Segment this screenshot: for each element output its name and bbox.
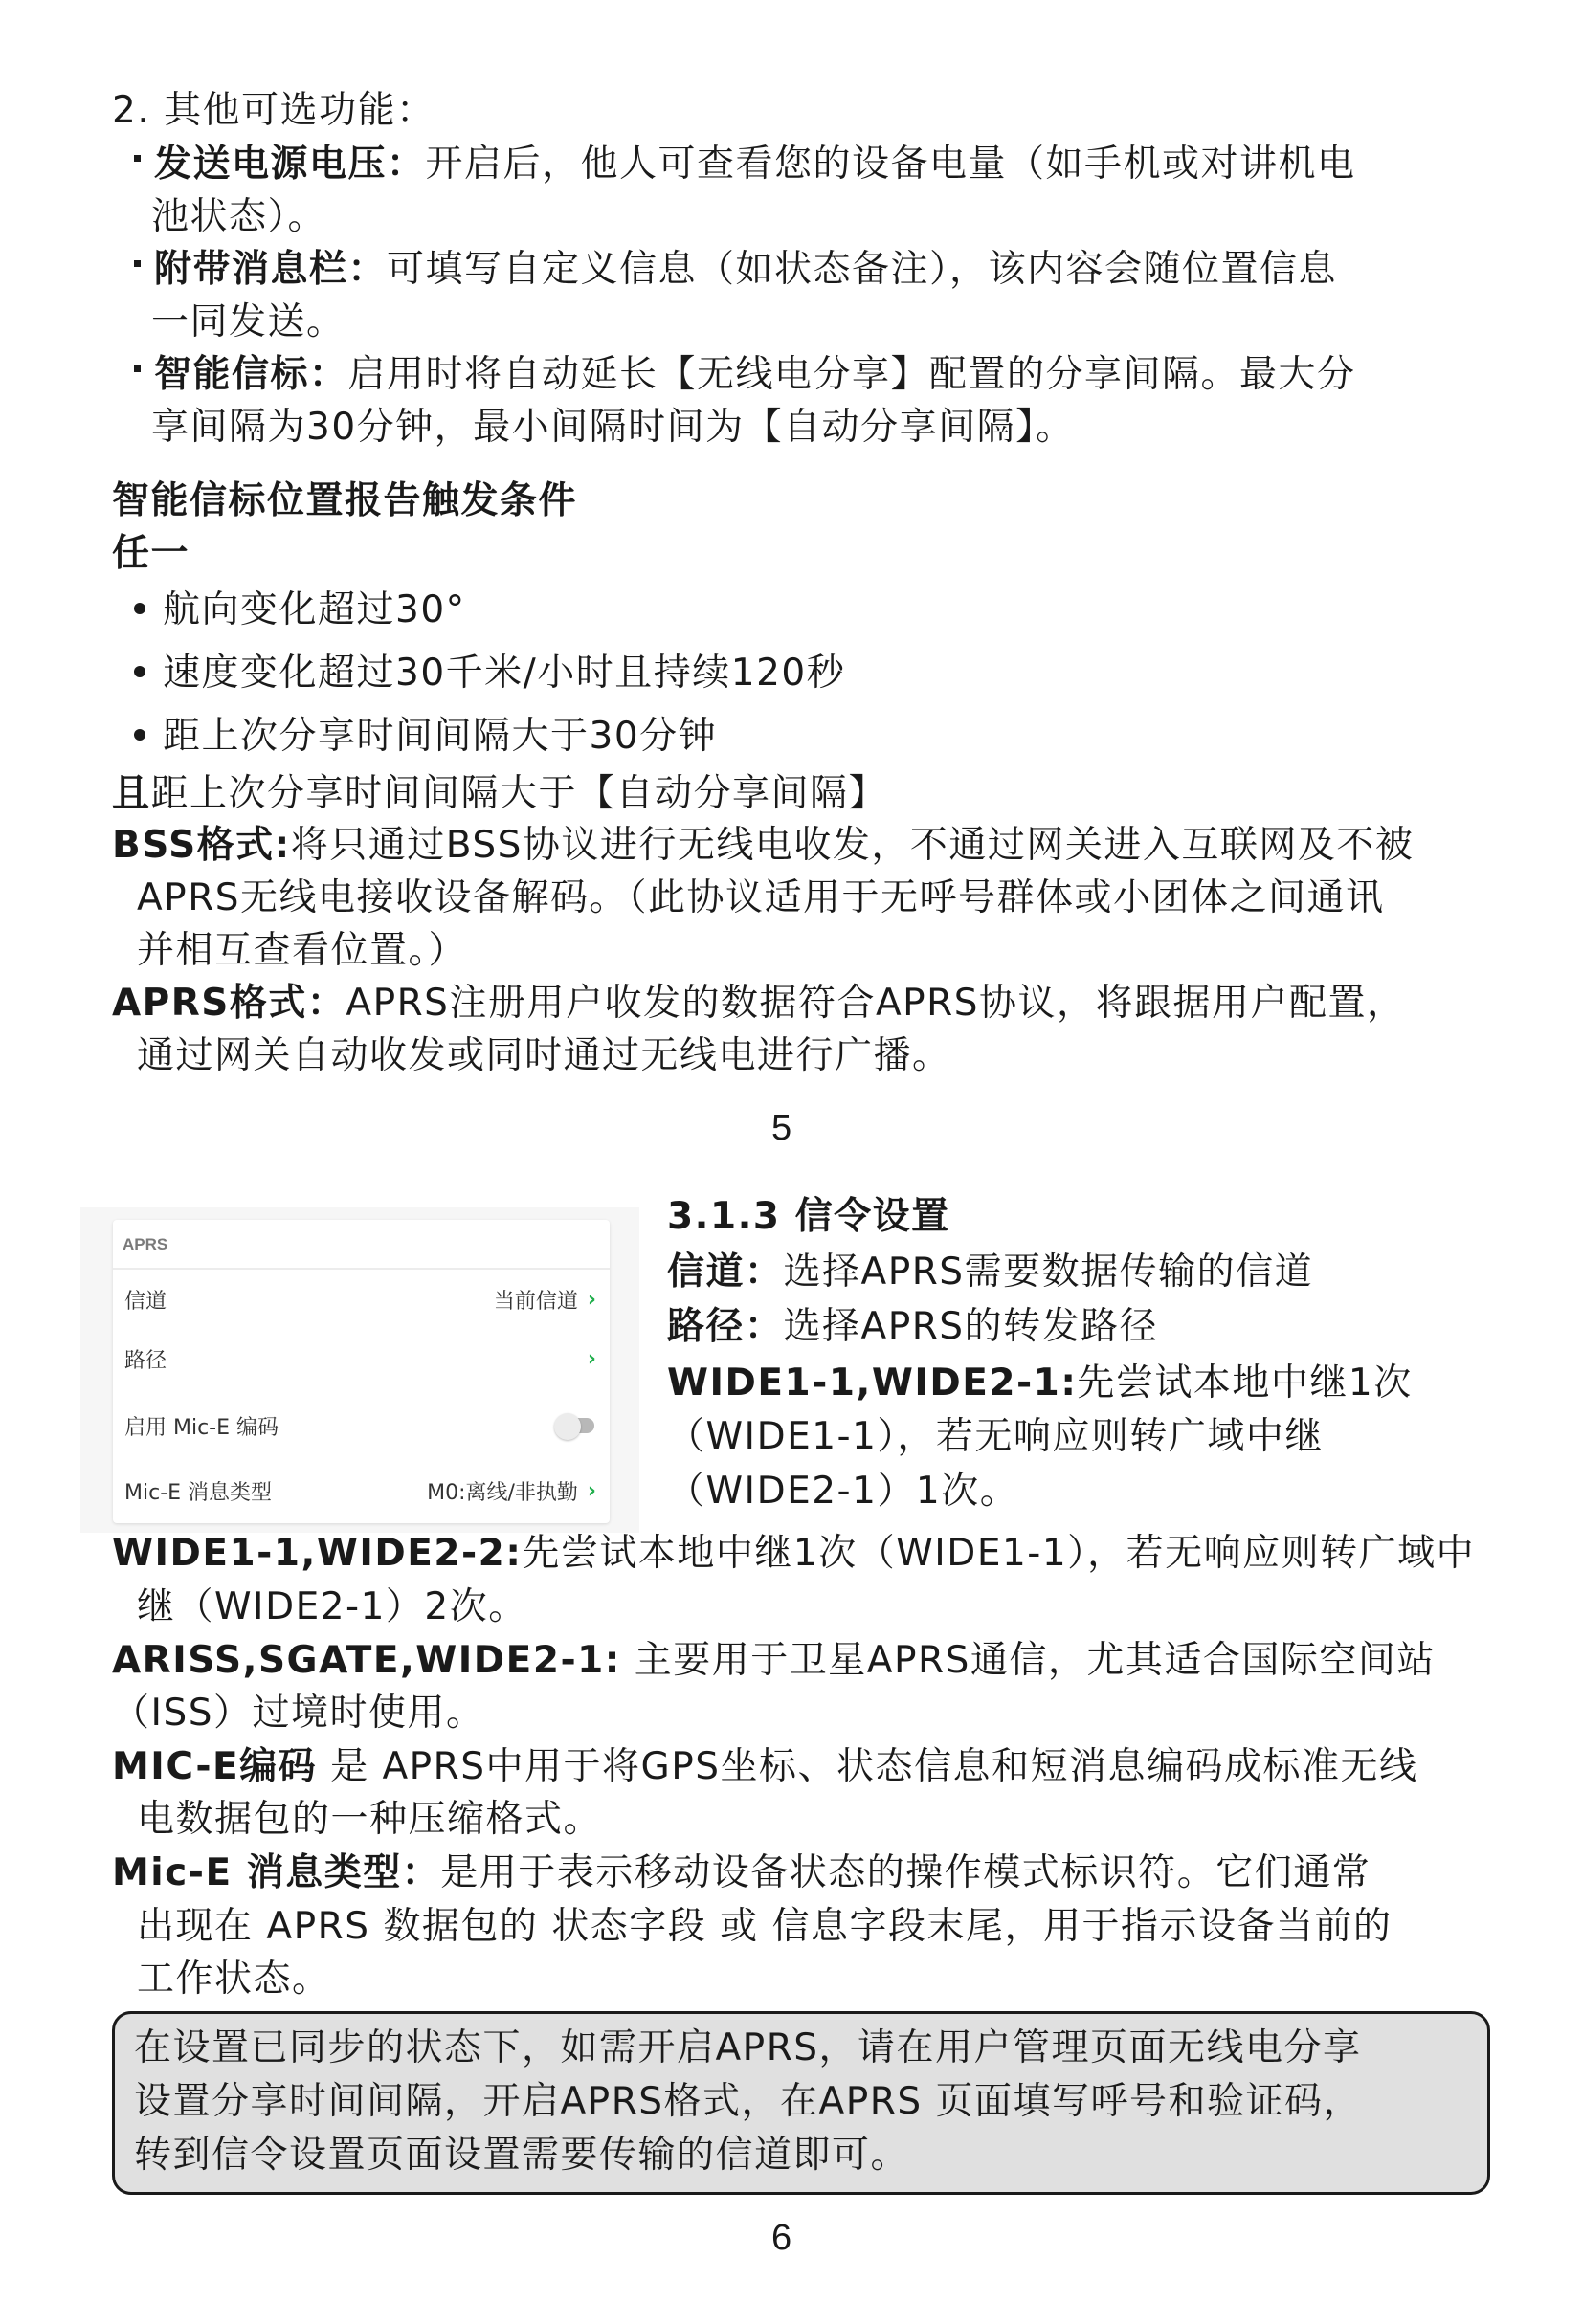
setting-row-channel[interactable]: 信道 当前信道› — [113, 1270, 610, 1329]
chevron-right-icon: › — [588, 1479, 596, 1503]
chevron-right-icon: › — [588, 1288, 596, 1312]
aprs-settings-screenshot: APRS 信道 当前信道› 路径 › 启用 Mic-E 编码 Mic-E 消息类… — [80, 1207, 639, 1533]
bss-format-cont: 并相互查看位置。） — [137, 926, 467, 976]
aprs-settings-card: APRS 信道 当前信道› 路径 › 启用 Mic-E 编码 Mic-E 消息类… — [113, 1220, 610, 1523]
mic-e-encoding-cont: 电数据包的一种压缩格式。 — [137, 1795, 602, 1845]
note-line: 设置分享时间间隔，开启APRS格式，在APRS 页面填写呼号和验证码， — [134, 2077, 1362, 2127]
page-number: 5 — [771, 1108, 791, 1149]
option-smart-beacon-cont: 享间隔为30分钟，最小间隔时间为【自动分享间隔】。 — [151, 403, 1075, 453]
wide11-wide21-cont: （WIDE2-1）1次。 — [667, 1467, 1018, 1516]
condition-item: 速度变化超过30千米/小时且持续120秒 — [134, 649, 845, 698]
note-line: 转到信令设置页面设置需要传输的信道即可。 — [134, 2131, 909, 2180]
setting-row-mic-e-type[interactable]: Mic-E 消息类型 M0:离线/非执勤› — [113, 1461, 610, 1520]
trigger-title: 智能信标位置报告触发条件 — [112, 476, 577, 526]
mic-e-encoding-desc: MIC-E编码 是 APRS中用于将GPS坐标、状态信息和短消息编码成标准无线 — [112, 1742, 1418, 1792]
bullet-icon — [134, 729, 145, 741]
page-number: 6 — [771, 2218, 791, 2259]
setting-row-path[interactable]: 路径 › — [113, 1329, 610, 1388]
channel-desc: 信道：选择APRS需要数据传输的信道 — [667, 1248, 1313, 1297]
any-label: 任一 — [112, 529, 190, 579]
option-message-field-cont: 一同发送。 — [151, 298, 346, 347]
option-power-voltage-cont: 池状态）。 — [151, 192, 326, 242]
aprs-section-header: APRS — [113, 1220, 610, 1270]
bullet-icon — [134, 365, 141, 372]
bullet-icon — [134, 603, 145, 614]
section-title: 3.1.3 信令设置 — [667, 1192, 950, 1242]
optional-features-heading: 2. 其他可选功能： — [112, 86, 435, 136]
option-message-field: 附带消息栏：可填写自定义信息（如状态备注），该内容会随位置信息 — [134, 245, 1337, 295]
bullet-icon — [134, 260, 141, 267]
setting-row-mic-e-encoding: 启用 Mic-E 编码 — [113, 1396, 610, 1455]
wide11-wide21-cont: （WIDE1-1），若无响应则转广域中继 — [667, 1412, 1324, 1462]
ariss-desc: ARISS,SGATE,WIDE2-1: 主要用于卫星APRS通信，尤其适合国际… — [112, 1636, 1436, 1686]
wide11-wide22-desc: WIDE1-1,WIDE2-2:先尝试本地中继1次（WIDE1-1），若无响应则… — [112, 1529, 1475, 1579]
bss-format: BSS格式:将只通过BSS协议进行无线电收发，不通过网关进入互联网及不被 — [112, 821, 1414, 871]
and-condition: 且距上次分享时间间隔大于【自动分享间隔】 — [112, 769, 887, 819]
ariss-cont: （ISS）过境时使用。 — [112, 1689, 485, 1738]
bullet-icon — [134, 666, 145, 677]
aprs-format-cont: 通过网关自动收发或同时通过无线电进行广播。 — [137, 1031, 951, 1081]
aprs-format: APRS格式：APRS注册用户收发的数据符合APRS协议，将跟据用户配置， — [112, 979, 1406, 1029]
option-power-voltage: 发送电源电压：开启后，他人可查看您的设备电量（如手机或对讲机电 — [134, 140, 1356, 189]
wide11-wide21-desc: WIDE1-1,WIDE2-1:先尝试本地中继1次 — [667, 1359, 1413, 1408]
bullet-icon — [134, 155, 141, 162]
bss-format-cont: APRS无线电接收设备解码。（此协议适用于无呼号群体或小团体之间通讯 — [137, 874, 1385, 923]
mic-e-type-desc: Mic-E 消息类型：是用于表示移动设备状态的操作模式标识符。它们通常 — [112, 1848, 1371, 1898]
path-desc: 路径：选择APRS的转发路径 — [667, 1302, 1158, 1352]
mic-e-type-cont: 工作状态。 — [137, 1955, 331, 2004]
mic-e-toggle[interactable] — [554, 1412, 596, 1439]
chevron-right-icon: › — [588, 1347, 596, 1371]
condition-item: 航向变化超过30° — [134, 586, 466, 635]
note-line: 在设置已同步的状态下，如需开启APRS，请在用户管理页面无线电分享 — [134, 2024, 1362, 2073]
wide11-wide22-cont: 继（WIDE2-1）2次。 — [137, 1583, 527, 1632]
mic-e-type-cont: 出现在 APRS 数据包的 状态字段 或 信息字段末尾，用于指示设备当前的 — [137, 1902, 1393, 1952]
option-smart-beacon: 智能信标：启用时将自动延长【无线电分享】配置的分享间隔。最大分 — [134, 350, 1356, 400]
condition-item: 距上次分享时间间隔大于30分钟 — [134, 712, 717, 762]
